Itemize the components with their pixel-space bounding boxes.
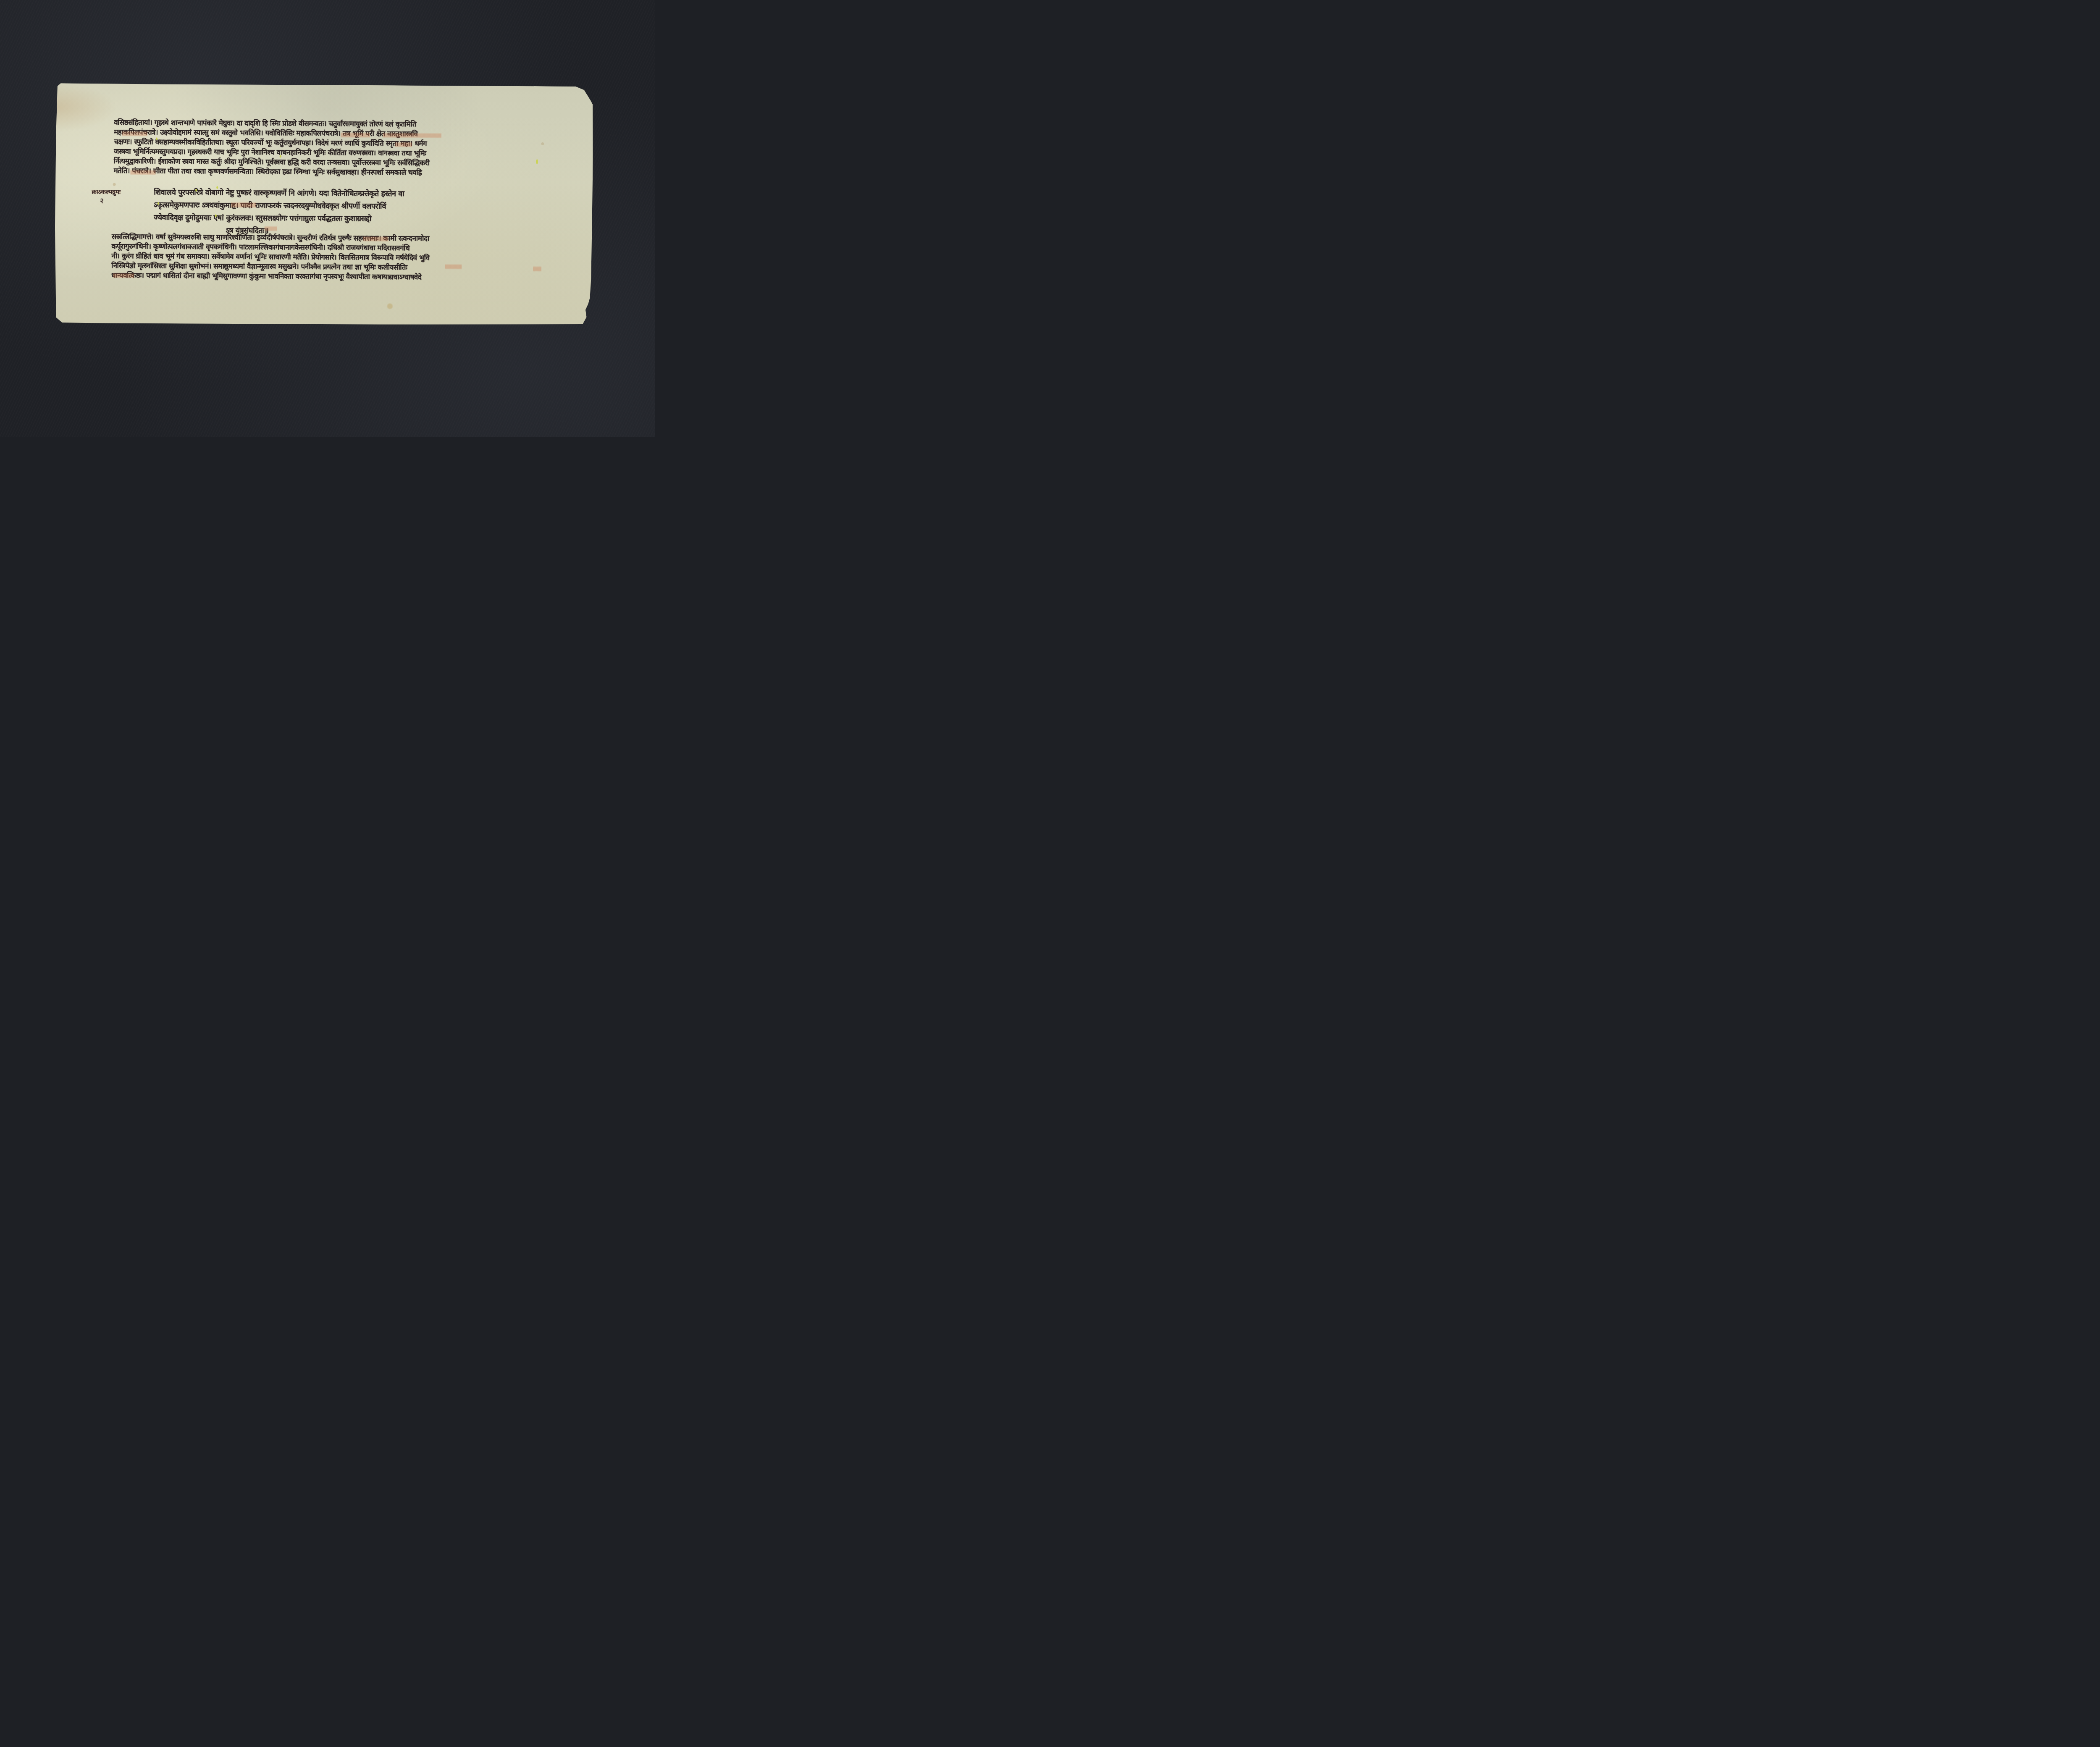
margin-note: क्राऽकल्पद्रुमः २ [92, 188, 121, 205]
manuscript-folio: वसिष्ठसंहितायां। गृहस्थे शान्तभाणे पापंक… [54, 83, 597, 327]
rubric-mark [265, 224, 277, 232]
rubric-mark [363, 234, 388, 243]
rubric-mark [122, 129, 147, 137]
rubric-mark [113, 271, 134, 279]
middle-text-block: शिवालये पुरपसरित्रे वोबागो नेष्टु पुष्कर… [154, 186, 507, 239]
rubric-mark [445, 262, 462, 270]
yellow-correction-mark [157, 202, 159, 205]
yellow-correction-mark [195, 189, 197, 191]
yellow-correction-mark [215, 214, 217, 217]
rubric-mark [395, 140, 412, 148]
rubric-mark [130, 168, 155, 176]
margin-title: क्राऽकल्पद्रुमः [92, 188, 121, 196]
text-line: ज्येवादिवृक्ष दुमोदुमयाः एषां कुरंकलवः। … [154, 212, 507, 226]
rubric-mark [533, 264, 541, 273]
yellow-correction-mark [156, 138, 157, 140]
yellow-correction-mark [216, 186, 218, 189]
folio-number: २ [92, 197, 121, 205]
rubric-mark [231, 200, 256, 209]
yellow-correction-mark [280, 155, 281, 157]
rubric-mark [341, 130, 370, 139]
rubric-mark [383, 131, 441, 139]
top-text-block: वसिष्ठसंहितायां। गृहस्थे शान्तभाणे पापंक… [113, 118, 551, 178]
bottom-text-block: सस्रत्लिद्धिमागत्ते। वर्षा सुवेमयस्वरुशि… [111, 232, 553, 283]
